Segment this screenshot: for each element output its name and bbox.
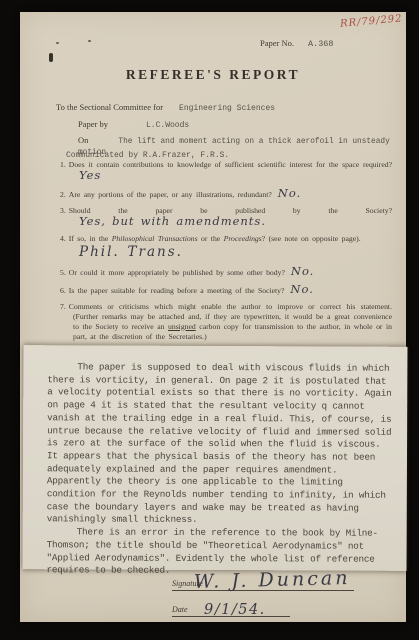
question-1-answer: Yes: [79, 168, 101, 182]
question-3: 3.Should the paper be published by the S…: [60, 206, 392, 228]
question-6-text: Is the paper suitable for reading before…: [69, 286, 285, 295]
question-4-italic-phil-trans: Philosophical Transactions: [112, 234, 198, 243]
question-6-answer: No.: [290, 282, 313, 296]
signature-handwriting: W. J. Duncan: [194, 567, 351, 593]
question-5-number: 5.: [60, 268, 66, 277]
paper-speck: [56, 42, 59, 44]
date-handwriting: 9/1/54.: [204, 602, 266, 618]
questions-list: 1.Does it contain contributions to knowl…: [60, 160, 392, 342]
question-4-italic-proceedings: Proceedings: [224, 234, 262, 243]
question-1: 1.Does it contain contributions to knowl…: [60, 160, 392, 182]
question-4: 4.If so, in the Philosophical Transactio…: [60, 234, 392, 260]
question-2-answer: No.: [278, 186, 301, 200]
question-6-number: 6.: [60, 286, 66, 295]
paper-number-label: Paper No.: [260, 38, 294, 48]
question-2-number: 2.: [60, 190, 66, 199]
attached-typed-sheet: The paper is supposed to deal with visco…: [23, 345, 408, 571]
question-2: 2.Are any portions of the paper, or any …: [60, 188, 392, 200]
question-1-number: 1.: [60, 160, 66, 169]
question-4-text-mid: or the: [198, 234, 224, 243]
date-row: Date 9/1/54.: [172, 596, 290, 617]
paper-on-label: On: [78, 135, 88, 145]
question-4-answer: Phil. Trans.: [79, 246, 392, 260]
paper-by-label: Paper by: [78, 119, 108, 129]
paper-by-value: L.C.Woods: [146, 121, 189, 130]
question-5-answer: No.: [291, 264, 314, 278]
question-7-number: 7.: [60, 302, 66, 311]
committee-label: To the Sectional Committee for: [56, 102, 163, 112]
archive-reference: RR/79/292: [340, 13, 403, 29]
question-6: 6.Is the paper suitable for reading befo…: [60, 284, 392, 296]
question-3-number: 3.: [60, 206, 66, 215]
question-7: 7.Comments or criticisms which might ena…: [60, 302, 392, 342]
form-title: REFEREE'S REPORT: [20, 67, 406, 83]
question-7-underlined-word: unsigned: [168, 322, 196, 331]
question-3-answer: Yes, but with amendments.: [79, 214, 266, 228]
document-page: RR/79/292 Paper No.A.368 REFEREE'S REPOR…: [20, 12, 406, 622]
date-label: Date: [172, 605, 188, 614]
paper-speck: [49, 53, 53, 62]
question-4-number: 4.: [60, 234, 66, 243]
paper-speck: [88, 40, 91, 42]
paper-number-value: A.368: [308, 39, 334, 49]
signature-row: Signature W. J. Duncan: [172, 564, 354, 591]
question-2-text: Are any portions of the paper, or any il…: [69, 190, 272, 199]
referee-comments-paragraph-1: The paper is supposed to deal with visco…: [47, 345, 394, 528]
question-4-text-pre: If so, in the: [69, 234, 112, 243]
committee-value: Engineering Sciences: [179, 104, 275, 113]
communicated-row: Communicated by R.A.Frazer, F.R.S.: [66, 151, 229, 160]
question-5: 5.Or could it more appropriately be publ…: [60, 266, 392, 278]
paper-by-row: Paper byL.C.Woods: [78, 119, 189, 130]
paper-number-row: Paper No.A.368: [260, 38, 334, 49]
question-5-text: Or could it more appropriately be publis…: [69, 268, 285, 277]
committee-row: To the Sectional Committee forEngineerin…: [56, 102, 275, 113]
question-1-text: Does it contain contributions to knowled…: [69, 160, 392, 169]
question-4-text-post: ? (see note on opposite page).: [262, 234, 361, 243]
